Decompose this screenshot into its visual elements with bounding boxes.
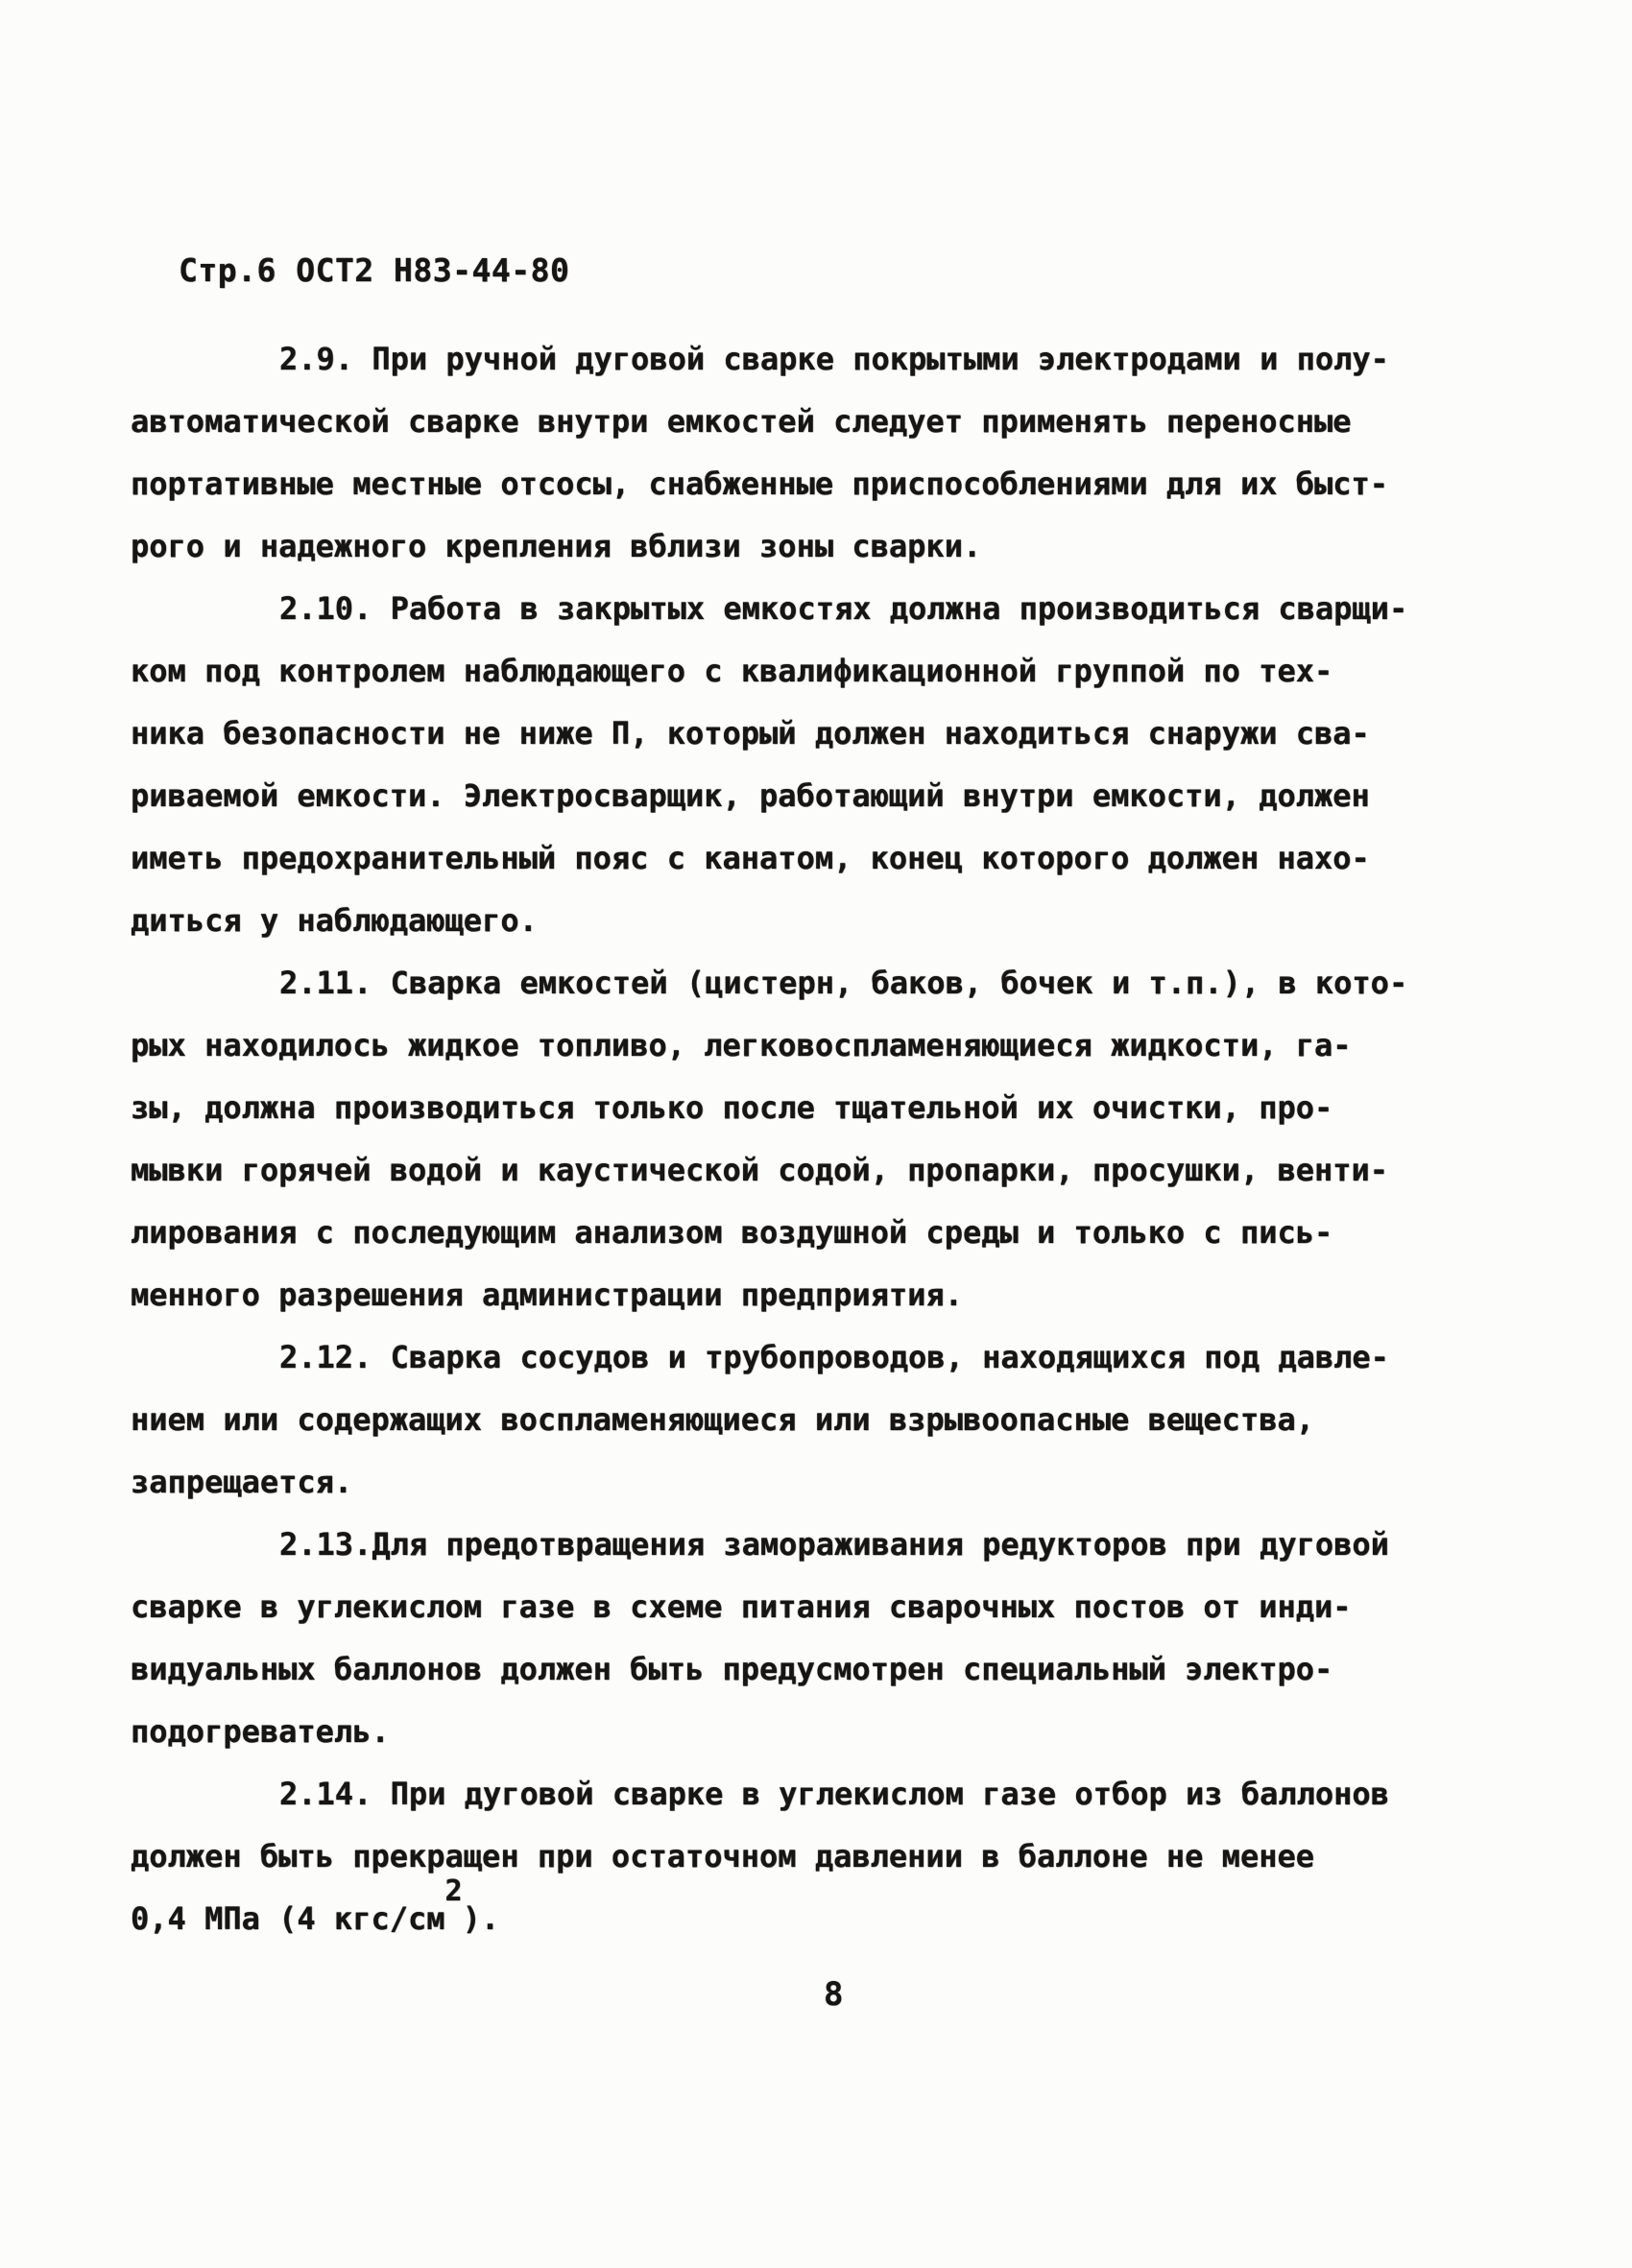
text-line: рого и надежного крепления вблизи зоны с…: [131, 515, 1494, 578]
text-line: запрещается.: [131, 1451, 1494, 1514]
text-line: 2.10. Работа в закрытых емкостях должна …: [131, 578, 1494, 640]
document-header: Стр.6 ОСТ2 Н83-44-80: [179, 251, 569, 289]
text-line: ком под контролем наблюдающего с квалифи…: [131, 640, 1494, 703]
text-line: лирования с последующим анализом воздушн…: [131, 1202, 1494, 1264]
document-body: 2.9. При ручной дуговой сварке покрытыми…: [131, 328, 1494, 1950]
text-line: рых находилось жидкое топливо, легковосп…: [131, 1015, 1494, 1077]
text-line: риваемой емкости. Электросварщик, работа…: [131, 765, 1494, 827]
text-line: сварке в углекислом газе в схеме питания…: [131, 1576, 1494, 1638]
text-line: 0,4 МПа (4 кгс/см2).: [131, 1888, 1494, 1950]
text-line: мывки горячей водой и каустической содой…: [131, 1139, 1494, 1202]
text-line: нием или содержащих воспламеняющиеся или…: [131, 1389, 1494, 1451]
text-line: автоматической сварке внутри емкостей сл…: [131, 391, 1494, 453]
page-number: 8: [824, 1975, 843, 2014]
scanned-document-page: Стр.6 ОСТ2 Н83-44-80 2.9. При ручной дуг…: [0, 0, 1632, 2268]
text-line: диться у наблюдающего.: [131, 890, 1494, 952]
superscript: 2: [445, 1874, 463, 1908]
text-line: менного разрешения администрации предпри…: [131, 1264, 1494, 1326]
text-line: 2.11. Сварка емкостей (цистерн, баков, б…: [131, 952, 1494, 1015]
text-line: 2.12. Сварка сосудов и трубопроводов, на…: [131, 1326, 1494, 1389]
text-line: 2.9. При ручной дуговой сварке покрытыми…: [131, 328, 1494, 391]
text-line: видуальных баллонов должен быть предусмо…: [131, 1638, 1494, 1701]
text-line: должен быть прекращен при остаточном дав…: [131, 1826, 1494, 1888]
text-line: портативные местные отсосы, снабженные п…: [131, 453, 1494, 515]
text-line: зы, должна производиться только после тщ…: [131, 1077, 1494, 1139]
text-line: 2.14. При дуговой сварке в углекислом га…: [131, 1763, 1494, 1826]
text-line: ника безопасности не ниже П, который дол…: [131, 703, 1494, 765]
text-line: подогреватель.: [131, 1701, 1494, 1763]
text-line: 2.13.Для предотвращения замораживания ре…: [131, 1514, 1494, 1576]
text-line: иметь предохранительный пояс с канатом, …: [131, 827, 1494, 890]
